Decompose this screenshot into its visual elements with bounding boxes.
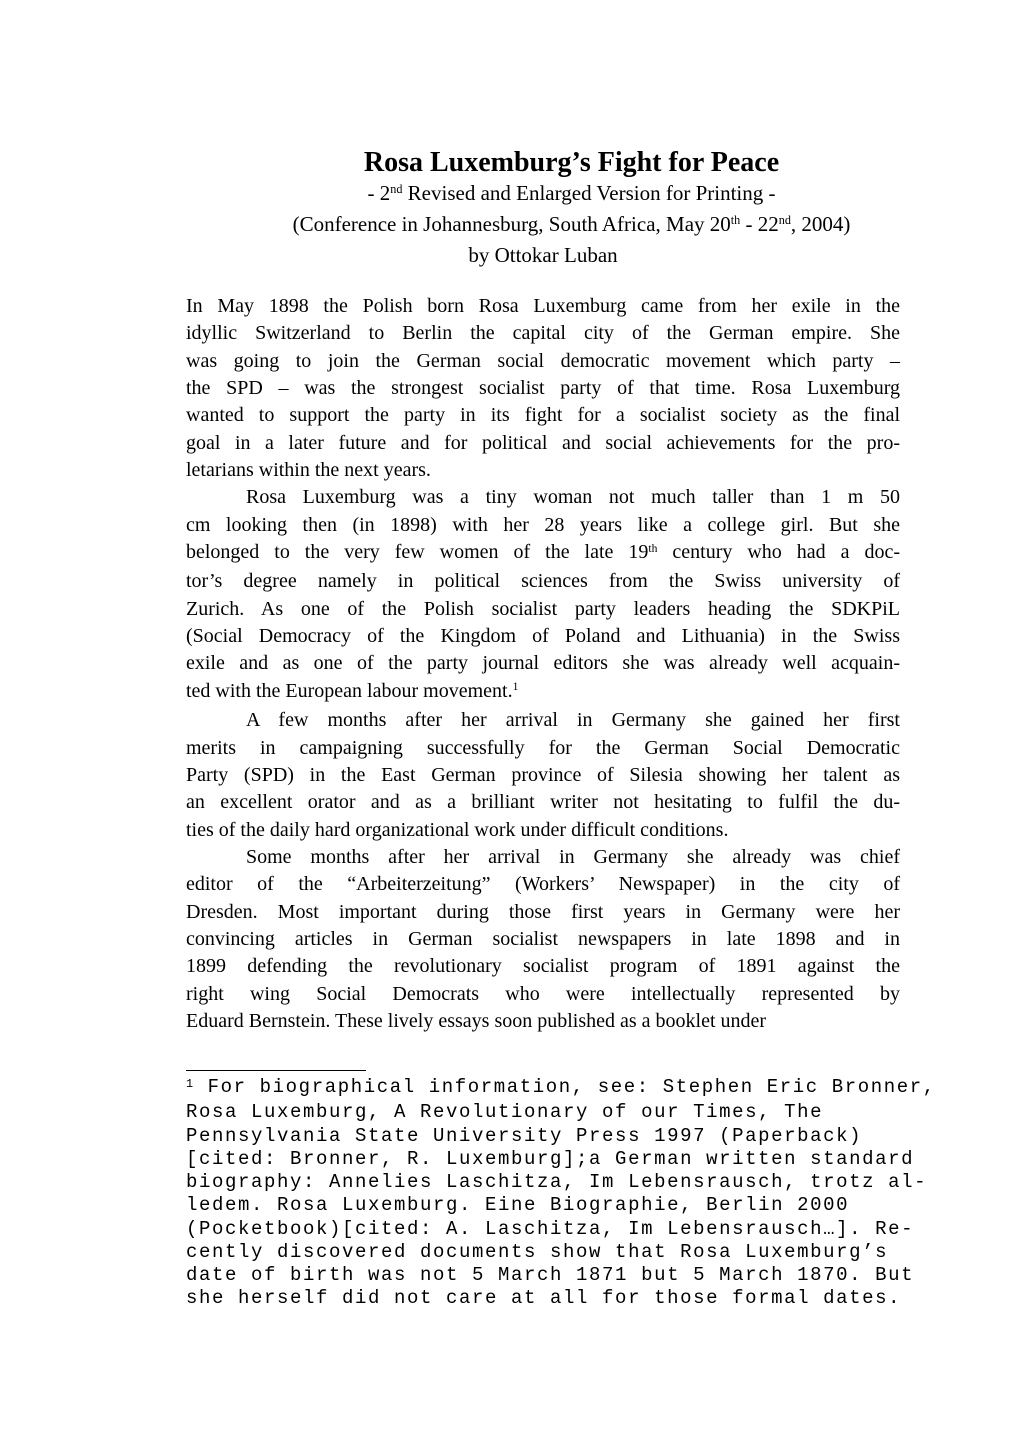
text-segment: Rosa Luxemburg was a tiny woman not much… [246, 486, 900, 508]
superscript: nd [779, 213, 791, 227]
text-line: Pennsylvania State University Press 1997… [186, 1125, 900, 1148]
text-segment: A few months after her arrival in German… [246, 709, 900, 731]
document-subtitle: - 2nd Revised and Enlarged Version for P… [243, 179, 900, 241]
text-line: idyllic Switzerland to Berlin the capita… [186, 320, 900, 347]
text-segment: Zurich. As one of the Polish socialist p… [186, 598, 900, 620]
footnote: 1 For biographical information, see: Ste… [186, 1076, 900, 1310]
text-segment: merits in campaigning successfully for t… [186, 737, 900, 759]
text-line: date of birth was not 5 March 1871 but 5… [186, 1264, 900, 1287]
page-content: Rosa Luxemburg’s Fight for Peace - 2nd R… [186, 147, 900, 1310]
footnote-separator [186, 1070, 366, 1071]
text-line: (Conference in Johannesburg, South Afric… [243, 210, 900, 241]
text-segment: Revised and Enlarged Version for Printin… [402, 181, 775, 205]
text-segment: (Conference in Johannesburg, South Afric… [293, 212, 731, 236]
text-line: 1899 defending the revolutionary sociali… [186, 953, 900, 980]
text-segment: date of birth was not 5 March 1871 but 5… [186, 1264, 914, 1286]
text-segment: right wing Social Democrats who were int… [186, 983, 900, 1005]
text-segment: - 2 [368, 181, 391, 205]
text-line: Zurich. As one of the Polish socialist p… [186, 596, 900, 623]
text-line: 1 For biographical information, see: Ste… [186, 1076, 900, 1101]
text-line: In May 1898 the Polish born Rosa Luxembu… [186, 293, 900, 320]
text-segment: wanted to support the party in its fight… [186, 404, 900, 426]
text-segment: goal in a later future and for political… [186, 432, 900, 454]
text-line: A few months after her arrival in German… [186, 707, 900, 734]
text-segment: Pennsylvania State University Press 1997… [186, 1125, 862, 1147]
text-segment: was going to join the German social demo… [186, 350, 900, 372]
document-body: In May 1898 the Polish born Rosa Luxembu… [186, 293, 900, 1035]
text-line: Rosa Luxemburg, A Revolutionary of our T… [186, 1101, 900, 1124]
text-segment: (Pocketbook)[cited: A. Laschitza, Im Leb… [186, 1218, 914, 1240]
text-line: cently discovered documents show that Ro… [186, 1241, 900, 1264]
text-line: - 2nd Revised and Enlarged Version for P… [243, 179, 900, 210]
text-line: cm looking then (in 1898) with her 28 ye… [186, 512, 900, 539]
text-line: Dresden. Most important during those fir… [186, 899, 900, 926]
text-segment: editor of the “Arbeiterzeitung” (Workers… [186, 873, 900, 895]
text-line: convincing articles in German socialist … [186, 926, 900, 953]
text-segment: tor’s degree namely in political science… [186, 570, 900, 592]
text-line: ties of the daily hard organizational wo… [186, 817, 900, 844]
text-line: biography: Annelies Laschitza, Im Lebens… [186, 1171, 900, 1194]
text-segment: Party (SPD) in the East German province … [186, 764, 900, 786]
document-heading: Rosa Luxemburg’s Fight for Peace - 2nd R… [186, 147, 900, 269]
text-line: letarians within the next years. [186, 457, 900, 484]
text-segment: idyllic Switzerland to Berlin the capita… [186, 322, 900, 344]
text-line: (Pocketbook)[cited: A. Laschitza, Im Leb… [186, 1218, 900, 1241]
text-segment: , 2004) [791, 212, 851, 236]
text-segment: Dresden. Most important during those fir… [186, 901, 900, 923]
text-line: tor’s degree namely in political science… [186, 568, 900, 595]
text-segment: cm looking then (in 1898) with her 28 ye… [186, 514, 900, 536]
text-line: an excellent orator and as a brilliant w… [186, 789, 900, 816]
text-line: belonged to the very few women of the la… [186, 539, 900, 568]
superscript: th [648, 542, 657, 555]
text-line: Eduard Bernstein. These lively essays so… [186, 1008, 900, 1035]
text-line: she herself did not care at all for thos… [186, 1287, 900, 1310]
text-segment: Eduard Bernstein. These lively essays so… [186, 1010, 766, 1032]
heading-centered-block: Rosa Luxemburg’s Fight for Peace - 2nd R… [186, 147, 900, 241]
superscript: th [731, 213, 740, 227]
text-segment: (Social Democracy of the Kingdom of Pola… [186, 625, 900, 647]
superscript: 1 [186, 1077, 195, 1091]
text-line: [cited: Bronner, R. Luxemburg];a German … [186, 1148, 900, 1171]
text-segment: convincing articles in German socialist … [186, 928, 900, 950]
text-segment: [cited: Bronner, R. Luxemburg];a German … [186, 1148, 914, 1170]
text-line: was going to join the German social demo… [186, 348, 900, 375]
text-segment: Rosa Luxemburg, A Revolutionary of our T… [186, 1101, 823, 1123]
text-segment: letarians within the next years. [186, 459, 431, 481]
document-title: Rosa Luxemburg’s Fight for Peace [243, 147, 900, 179]
text-line: goal in a later future and for political… [186, 430, 900, 457]
text-segment: ties of the daily hard organizational wo… [186, 819, 728, 841]
text-segment: the SPD – was the strongest socialist pa… [186, 377, 900, 399]
text-segment: century who had a doc- [657, 541, 900, 563]
text-segment: ledem. Rosa Luxemburg. Eine Biographie, … [186, 1194, 849, 1216]
text-segment: ted with the European labour movement. [186, 680, 513, 702]
text-line: merits in campaigning successfully for t… [186, 735, 900, 762]
text-segment: Some months after her arrival in Germany… [246, 846, 900, 868]
superscript: 1 [513, 680, 519, 693]
text-segment: belonged to the very few women of the la… [186, 541, 648, 563]
text-line: the SPD – was the strongest socialist pa… [186, 375, 900, 402]
text-line: editor of the “Arbeiterzeitung” (Workers… [186, 871, 900, 898]
superscript: nd [390, 182, 402, 196]
text-segment: In May 1898 the Polish born Rosa Luxembu… [186, 295, 900, 317]
text-line: Party (SPD) in the East German province … [186, 762, 900, 789]
text-line: ted with the European labour movement.1 [186, 678, 900, 707]
document-page: Rosa Luxemburg’s Fight for Peace - 2nd R… [0, 0, 1020, 1443]
text-segment: 1899 defending the revolutionary sociali… [186, 955, 900, 977]
text-line: (Social Democracy of the Kingdom of Pola… [186, 623, 900, 650]
text-segment: biography: Annelies Laschitza, Im Lebens… [186, 1171, 927, 1193]
text-segment: she herself did not care at all for thos… [186, 1287, 901, 1309]
text-segment: cently discovered documents show that Ro… [186, 1241, 888, 1263]
text-line: wanted to support the party in its fight… [186, 402, 900, 429]
text-line: exile and as one of the party journal ed… [186, 650, 900, 677]
text-segment: - 22 [740, 212, 779, 236]
document-byline: by Ottokar Luban [186, 241, 900, 269]
text-segment: an excellent orator and as a brilliant w… [186, 791, 900, 813]
text-line: ledem. Rosa Luxemburg. Eine Biographie, … [186, 1194, 900, 1217]
text-line: Some months after her arrival in Germany… [186, 844, 900, 871]
text-line: Rosa Luxemburg was a tiny woman not much… [186, 484, 900, 511]
text-line: right wing Social Democrats who were int… [186, 981, 900, 1008]
text-segment: exile and as one of the party journal ed… [186, 652, 900, 674]
text-segment: For biographical information, see: Steph… [195, 1076, 936, 1098]
